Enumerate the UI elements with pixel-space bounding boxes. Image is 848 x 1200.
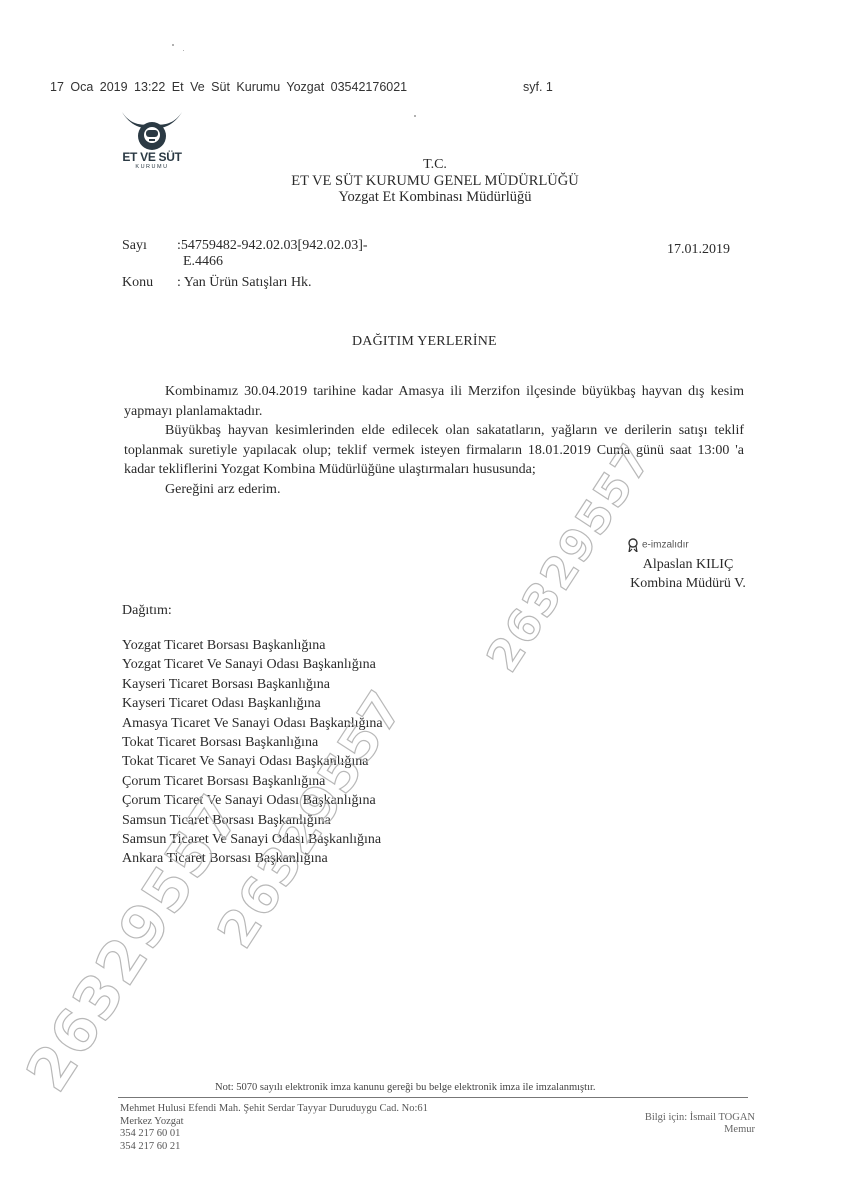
footer-contact: Bilgi için: İsmail TOGAN Memur: [605, 1112, 755, 1136]
sayi-value-line1: :54759482-942.02.03[942.02.03]-: [177, 238, 368, 254]
footer-divider: [118, 1097, 748, 1098]
distribution-title: Dağıtım:: [122, 603, 172, 619]
sayi-value-line2: E.4466: [177, 254, 368, 270]
fax-transmission-header: 17 Oca 2019 13:22 Et Ve Süt Kurumu Yozga…: [50, 80, 407, 94]
fax-page-number: syf. 1: [523, 80, 553, 94]
document-date: 17.01.2019: [667, 242, 730, 258]
scan-speck: [172, 44, 174, 46]
bull-horns-emblem-icon: [120, 108, 184, 152]
phone-1: 354 217 60 01: [120, 1128, 428, 1141]
phone-2: 354 217 60 21: [120, 1141, 428, 1154]
distribution-item: Kayseri Ticaret Odası Başkanlığına: [122, 694, 383, 713]
signer-title: Kombina Müdürü V.: [618, 574, 758, 593]
address-line-1: Mehmet Hulusi Efendi Mah. Şehit Serdar T…: [120, 1103, 428, 1116]
org-line-tc: T.C.: [250, 157, 620, 173]
letter-body: Kombinamız 30.04.2019 tarihine kadar Ama…: [124, 382, 744, 500]
org-line-general-directorate: ET VE SÜT KURUMU GENEL MÜDÜRLÜĞÜ: [250, 173, 620, 189]
scan-speck: [414, 115, 416, 117]
logo-subtitle: KURUMU: [112, 164, 192, 170]
distribution-item: Yozgat Ticaret Ve Sanayi Odası Başkanlığ…: [122, 655, 383, 674]
body-closing: Gereğini arz ederim.: [124, 480, 744, 500]
e-signature-text: e-imzalıdır: [642, 540, 689, 551]
distribution-item: Yozgat Ticaret Borsası Başkanlığına: [122, 636, 383, 655]
distribution-item: Kayseri Ticaret Borsası Başkanlığına: [122, 675, 383, 694]
addressee-heading: DAĞITIM YERLERİNE: [352, 334, 497, 350]
contact-person: Bilgi için: İsmail TOGAN: [605, 1112, 755, 1124]
signer-name: Alpaslan KILIÇ: [618, 555, 758, 574]
konu-value: : Yan Ürün Satışları Hk.: [177, 275, 312, 291]
rosette-seal-icon: [628, 538, 638, 552]
sayi-label: Sayı: [122, 238, 147, 254]
konu-label: Konu: [122, 275, 153, 291]
sayi-value: :54759482-942.02.03[942.02.03]- E.4466: [177, 238, 368, 270]
signer-block: Alpaslan KILIÇ Kombina Müdürü V.: [618, 555, 758, 593]
institution-logo: ET VE SÜT KURUMU: [112, 108, 192, 180]
org-line-directorate: Yozgat Et Kombinası Müdürlüğü: [250, 189, 620, 205]
organization-heading: T.C. ET VE SÜT KURUMU GENEL MÜDÜRLÜĞÜ Yo…: [250, 157, 620, 205]
logo-title: ET VE SÜT: [112, 150, 192, 164]
footer-address: Mehmet Hulusi Efendi Mah. Şehit Serdar T…: [120, 1103, 428, 1153]
address-line-2: Merkez Yozgat: [120, 1116, 428, 1129]
e-signature-legal-note: Not: 5070 sayılı elektronik imza kanunu …: [215, 1082, 596, 1093]
body-paragraph-1: Kombinamız 30.04.2019 tarihine kadar Ama…: [124, 382, 744, 421]
contact-title: Memur: [605, 1124, 755, 1136]
e-signature-note: e-imzalıdır: [628, 538, 689, 552]
scan-speck: [183, 50, 184, 51]
